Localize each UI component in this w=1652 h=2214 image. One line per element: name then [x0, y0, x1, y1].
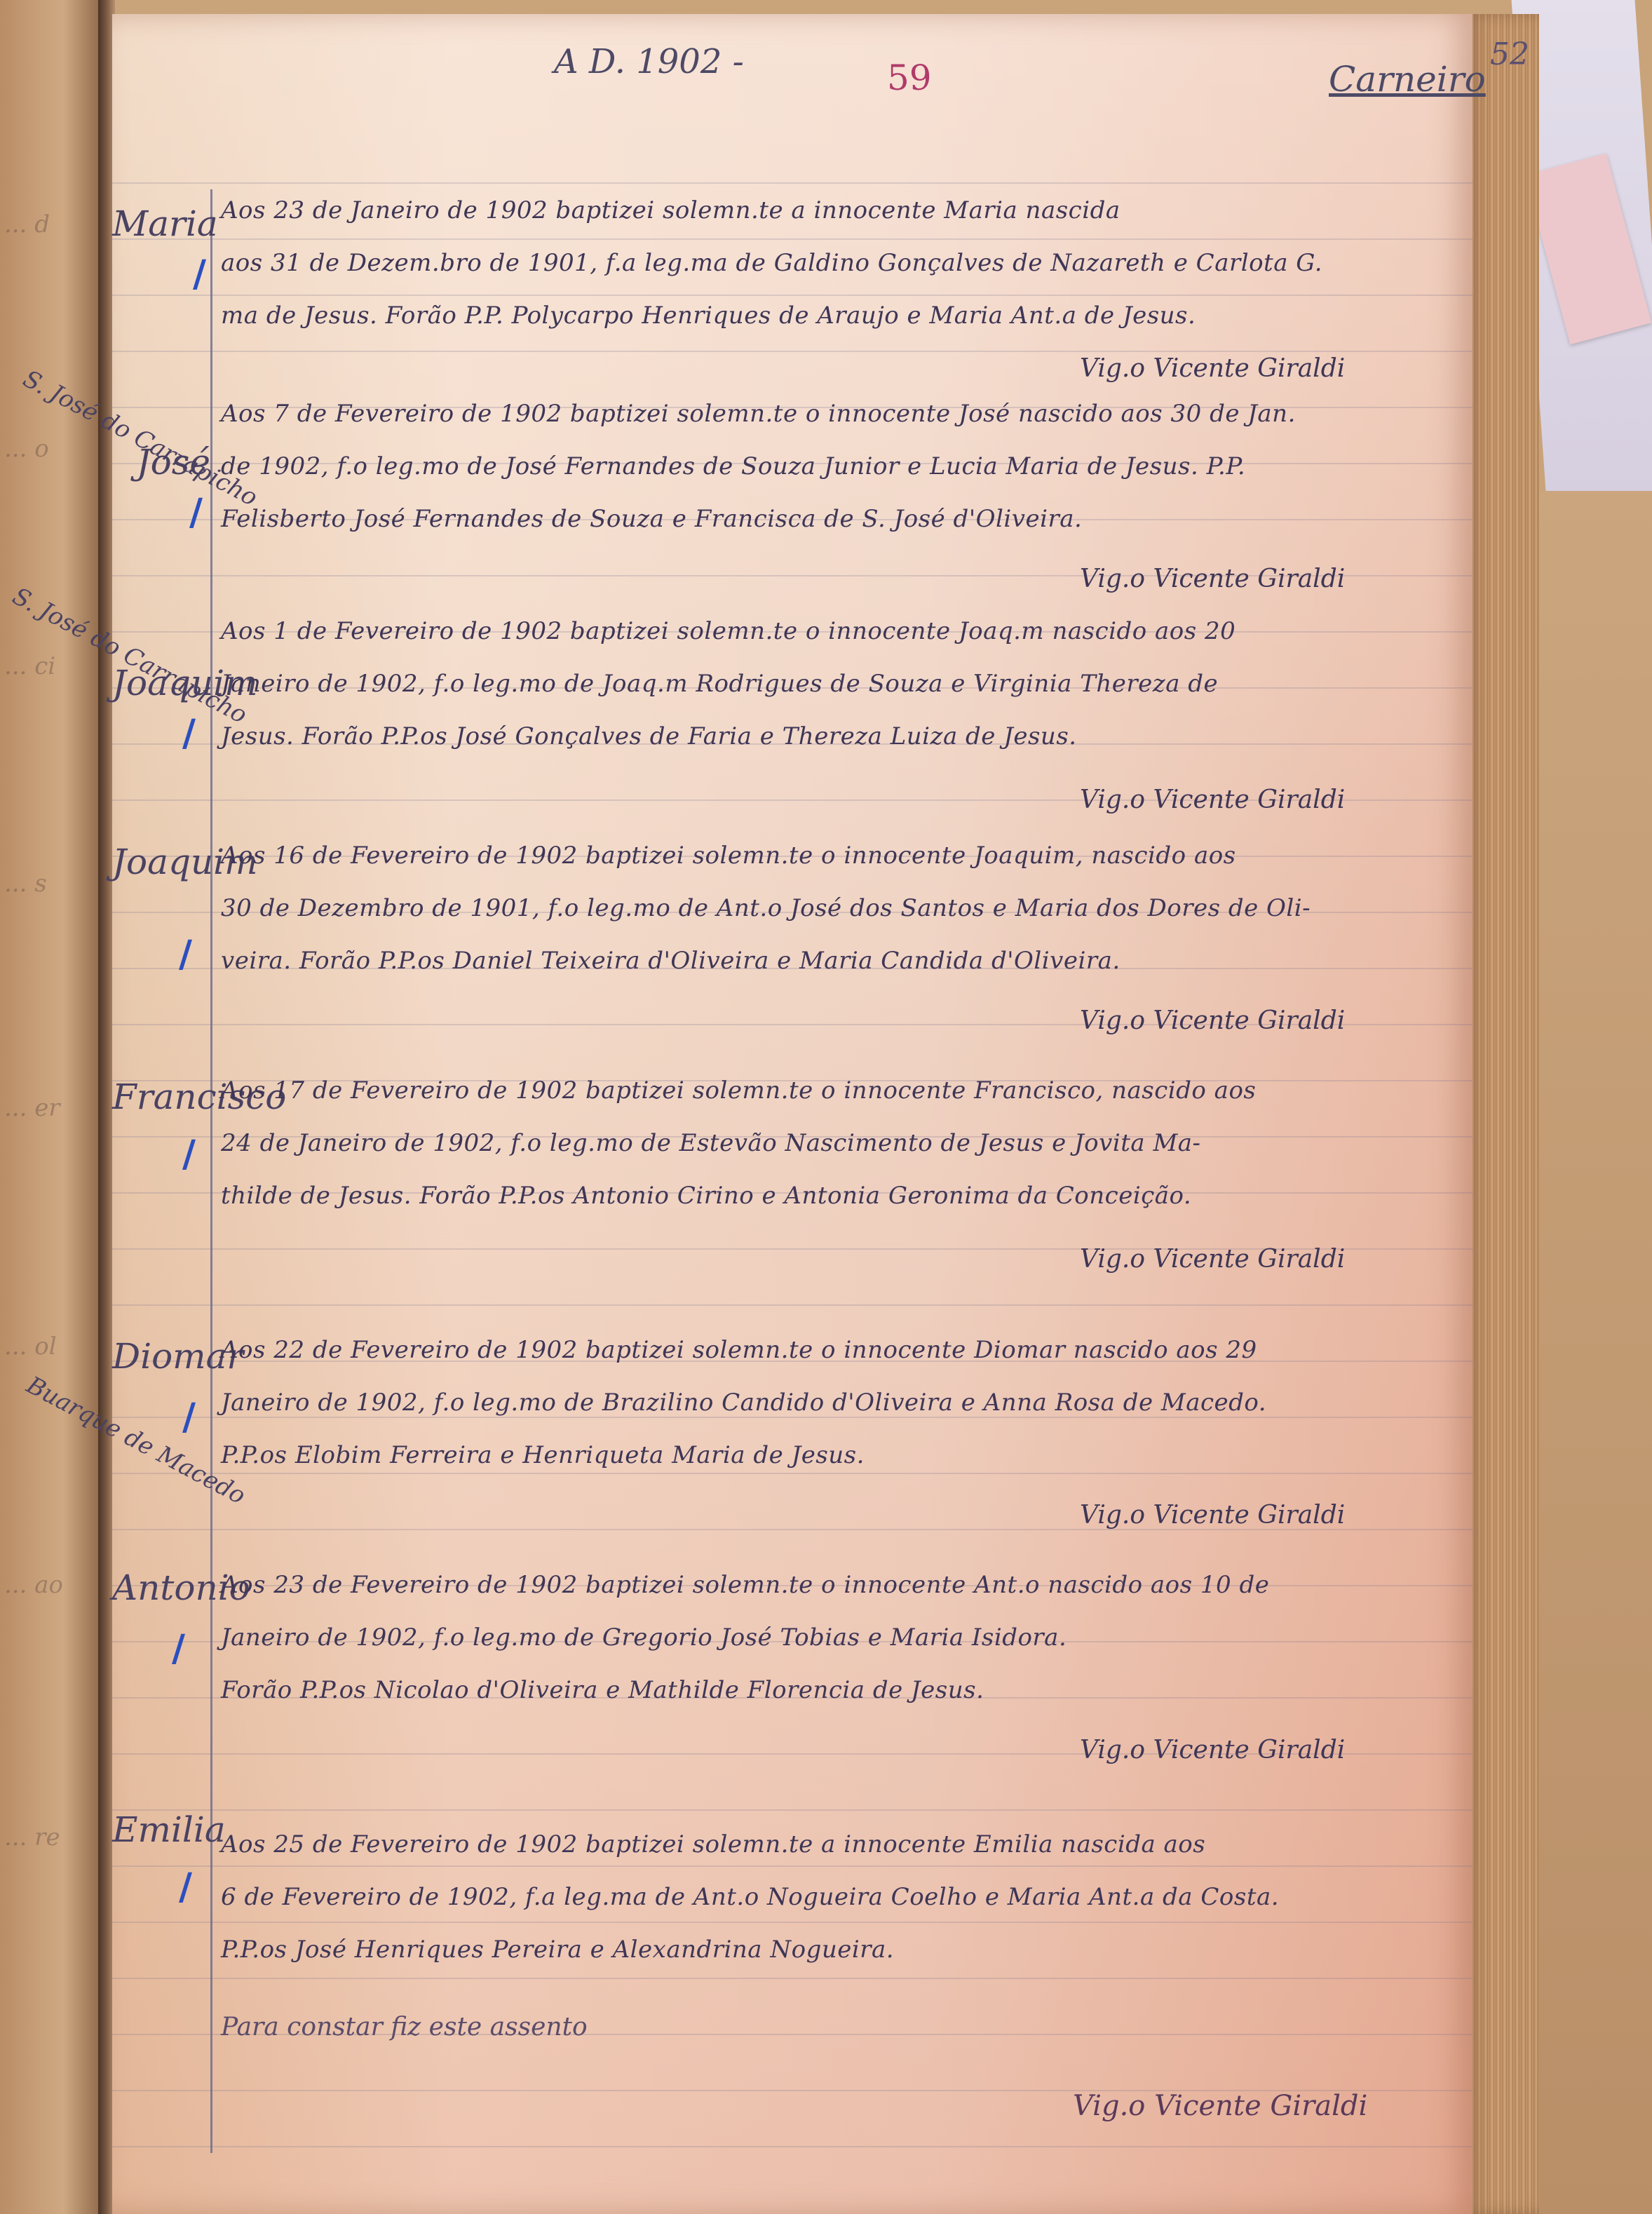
final-signature: Vig.o Vicente Giraldi — [1073, 2090, 1367, 2122]
entry-line: Aos 25 de Fevereiro de 1902 baptizei sol… — [221, 1830, 1205, 1858]
table-surface — [1536, 491, 1652, 2214]
blue-tick-mark: / — [182, 1396, 196, 1438]
folio-number: 52 — [1490, 36, 1529, 72]
entry-line: Janeiro de 1902, f.o leg.mo de Gregorio … — [221, 1624, 1067, 1652]
entry-margin-name: Joaquim — [112, 842, 210, 882]
facing-left-page: ... d ... o ... ci ... s ... er ... ol .… — [0, 0, 105, 2214]
entry-line: Aos 23 de Janeiro de 1902 baptizei solem… — [221, 196, 1120, 224]
left-page-fragment: ... re — [4, 1823, 60, 1851]
left-page-fragment: ... er — [4, 1094, 60, 1122]
ruled-line — [112, 1978, 1472, 1979]
ruled-line — [112, 351, 1472, 352]
entry-margin-name: Francisco — [112, 1076, 210, 1117]
entry-line: Jesus. Forão P.P.os José Gonçalves de Fa… — [221, 722, 1077, 750]
blue-tick-mark: / — [182, 712, 196, 755]
entry-margin-name: José — [112, 442, 210, 482]
entry-signature: Vig.o Vicente Giraldi — [1080, 354, 1345, 383]
ruled-line — [112, 1304, 1472, 1306]
folio-stamp-red: 59 — [887, 58, 932, 98]
entry-line: aos 31 de Dezem.bro de 1901, f.a leg.ma … — [221, 249, 1322, 277]
entry-margin-name: Emilia — [112, 1809, 210, 1850]
blue-tick-mark: / — [193, 252, 206, 295]
ruled-line — [112, 1809, 1472, 1811]
left-page-fragment: ... ao — [4, 1571, 63, 1599]
entry-margin-name: Diomar — [112, 1336, 210, 1377]
ruled-line — [112, 295, 1472, 296]
ruled-line — [112, 1473, 1472, 1474]
entry-signature: Vig.o Vicente Giraldi — [1080, 1006, 1345, 1035]
entry-line: Aos 16 de Fevereiro de 1902 baptizei sol… — [221, 842, 1236, 870]
entry-line: Aos 17 de Fevereiro de 1902 baptizei sol… — [221, 1076, 1256, 1105]
closing-statement: Para constar fiz este assento — [221, 2013, 588, 2041]
blue-tick-mark: / — [179, 933, 192, 976]
blue-tick-mark: / — [182, 1133, 196, 1175]
entry-signature: Vig.o Vicente Giraldi — [1080, 785, 1345, 814]
left-page-fragment: ... o — [4, 435, 49, 463]
blue-tick-mark: / — [179, 1865, 192, 1908]
entry-line: ma de Jesus. Forão P.P. Polycarpo Henriq… — [221, 302, 1196, 330]
entry-signature: Vig.o Vicente Giraldi — [1080, 565, 1345, 593]
entry-margin-name: Joaquim — [112, 663, 210, 703]
parish-name: Carneiro — [1329, 59, 1486, 100]
entry-line: Aos 23 de Fevereiro de 1902 baptizei sol… — [221, 1571, 1269, 1599]
ruled-line — [112, 1865, 1472, 1867]
entry-line: Felisberto José Fernandes de Souza e Fra… — [221, 505, 1082, 533]
ruled-line — [112, 1417, 1472, 1418]
entry-line: 24 de Janeiro de 1902, f.o leg.mo de Est… — [221, 1129, 1201, 1157]
entry-line: 6 de Fevereiro de 1902, f.a leg.ma de An… — [221, 1883, 1279, 1911]
entry-margin-name: Antonio — [112, 1567, 210, 1608]
left-page-fragment: ... ci — [4, 652, 55, 680]
entry-line: de 1902, f.o leg.mo de José Fernandes de… — [221, 452, 1245, 480]
entry-line: Aos 22 de Fevereiro de 1902 baptizei sol… — [221, 1336, 1257, 1364]
entry-line: thilde de Jesus. Forão P.P.os Antonio Ci… — [221, 1182, 1191, 1210]
entry-line: Aos 7 de Fevereiro de 1902 baptizei sole… — [221, 400, 1296, 428]
register-page: A D. 1902 - 59 Carneiro 52 Maria / Aos 2… — [112, 14, 1472, 2214]
page-stack-edges — [1469, 14, 1539, 2214]
header-year-mark: A D. 1902 - — [554, 42, 744, 81]
ruled-line — [112, 182, 1472, 184]
entry-line: Aos 1 de Fevereiro de 1902 baptizei sole… — [221, 617, 1235, 645]
entry-line: 30 de Dezembro de 1901, f.o leg.mo de An… — [221, 894, 1311, 922]
ruled-line — [112, 1922, 1472, 1923]
left-page-fragment: ... s — [4, 870, 47, 898]
entry-line: Janeiro de 1902, f.o leg.mo de Brazilino… — [221, 1389, 1266, 1417]
left-page-fragment: ... d — [4, 210, 50, 238]
blue-tick-mark: / — [189, 491, 203, 534]
entry-line: veira. Forão P.P.os Daniel Teixeira d'Ol… — [221, 947, 1120, 975]
ruled-line — [112, 2146, 1472, 2147]
entry-signature: Vig.o Vicente Giraldi — [1080, 1245, 1345, 1274]
ruled-line — [112, 238, 1472, 240]
entry-line: Janeiro de 1902, f.o leg.mo de Joaq.m Ro… — [221, 670, 1218, 698]
left-page-fragment: ... ol — [4, 1332, 57, 1361]
entry-line: P.P.os Elobim Ferreira e Henriqueta Mari… — [221, 1441, 865, 1469]
blue-tick-mark: / — [172, 1627, 185, 1670]
entry-line: P.P.os José Henriques Pereira e Alexandr… — [221, 1936, 894, 1964]
entry-signature: Vig.o Vicente Giraldi — [1080, 1736, 1345, 1764]
entry-line: Forão P.P.os Nicolao d'Oliveira e Mathil… — [221, 1676, 984, 1704]
entry-margin-name: Maria — [112, 203, 210, 244]
entry-signature: Vig.o Vicente Giraldi — [1080, 1501, 1345, 1530]
